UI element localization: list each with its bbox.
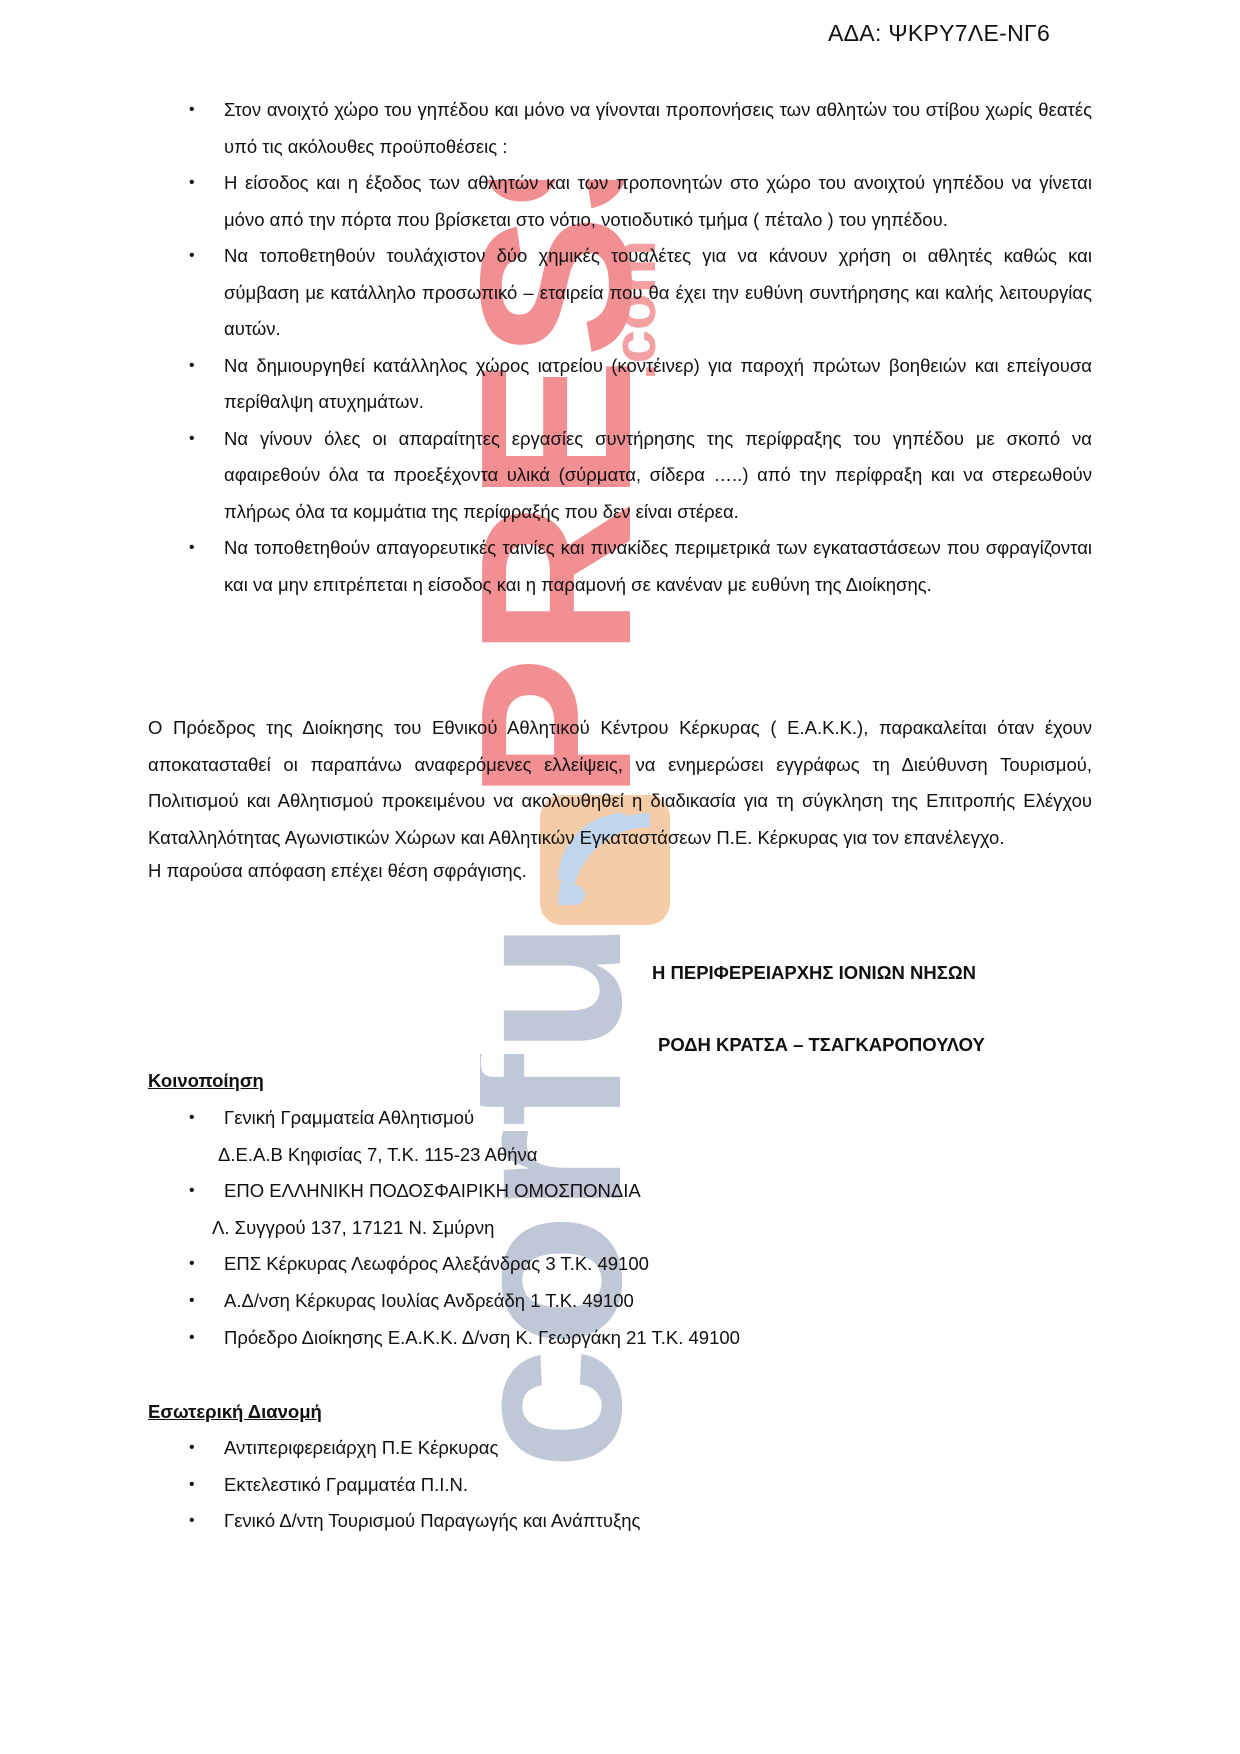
list-item-text: Πρόεδρο Διοίκησης Ε.Α.Κ.Κ. Δ/νση Κ. Γεωρ… xyxy=(224,1327,740,1348)
list-item: •Α.Δ/νση Κέρκυρας Ιουλίας Ανδρεάδη 1 Τ.Κ… xyxy=(224,1283,924,1320)
bullet-icon: • xyxy=(189,1283,195,1320)
list-item-text: Α.Δ/νση Κέρκυρας Ιουλίας Ανδρεάδη 1 Τ.Κ.… xyxy=(224,1290,634,1311)
condition-item: •Στον ανοιχτό χώρο του γηπέδου και μόνο … xyxy=(224,92,1092,165)
signature-name: ΡΟΔΗ ΚΡΑΤΣΑ – ΤΣΑΓΚΑΡΟΠΟΥΛΟΥ xyxy=(658,1034,985,1056)
bullet-icon: • xyxy=(189,530,195,567)
list-item-text: Γενική Γραμματεία Αθλητισμού xyxy=(224,1107,474,1128)
bullet-icon: • xyxy=(189,1467,195,1504)
list-item: •ΕΠΣ Κέρκυρας Λεωφόρος Αλεξάνδρας 3 Τ.Κ.… xyxy=(224,1246,924,1283)
condition-text: Να τοποθετηθούν απαγορευτικές ταινίες κα… xyxy=(224,537,1092,595)
condition-item: •Να γίνουν όλες οι απαραίτητες εργασίες … xyxy=(224,421,1092,531)
internal-distribution-list: •Αντιπεριφερειάρχη Π.Ε Κέρκυρας•Εκτελεστ… xyxy=(224,1430,924,1540)
condition-text: Να τοποθετηθούν τουλάχιστον δύο χημικές … xyxy=(224,245,1092,339)
bullet-icon: • xyxy=(189,1430,195,1467)
bullet-icon: • xyxy=(189,1246,195,1283)
internal-distribution-heading: Εσωτερική Διανομή xyxy=(148,1401,322,1423)
list-item: •Αντιπεριφερειάρχη Π.Ε Κέρκυρας xyxy=(224,1430,924,1467)
list-item-text: ΕΠΣ Κέρκυρας Λεωφόρος Αλεξάνδρας 3 Τ.Κ. … xyxy=(224,1253,649,1274)
condition-item: •Να τοποθετηθούν απαγορευτικές ταινίες κ… xyxy=(224,530,1092,603)
notification-list: •Γενική Γραμματεία ΑθλητισμούΔ.Ε.Α.Β Κηφ… xyxy=(224,1100,924,1356)
list-item: Δ.Ε.Α.Β Κηφισίας 7, Τ.Κ. 115-23 Αθήνα xyxy=(224,1137,924,1174)
bullet-icon: • xyxy=(189,1503,195,1540)
bullet-icon: • xyxy=(189,421,195,458)
list-item-text: Αντιπεριφερειάρχη Π.Ε Κέρκυρας xyxy=(224,1437,498,1458)
condition-item: •Να δημιουργηθεί κατάλληλος χώρος ιατρεί… xyxy=(224,348,1092,421)
condition-item: •Να τοποθετηθούν τουλάχιστον δύο χημικές… xyxy=(224,238,1092,348)
condition-text: Να δημιουργηθεί κατάλληλος χώρος ιατρείο… xyxy=(224,355,1092,413)
seal-statement: Η παρούσα απόφαση επέχει θέση σφράγισης. xyxy=(148,853,1092,890)
conditions-list: •Στον ανοιχτό χώρο του γηπέδου και μόνο … xyxy=(224,92,1092,603)
ada-code: ΑΔΑ: ΨΚΡΥ7ΛΕ-ΝΓ6 xyxy=(828,20,1050,47)
condition-item: •Η είσοδος και η έξοδος των αθλητών και … xyxy=(224,165,1092,238)
bullet-icon: • xyxy=(189,1320,195,1357)
condition-text: Να γίνουν όλες οι απαραίτητες εργασίες σ… xyxy=(224,428,1092,522)
list-item: •Πρόεδρο Διοίκησης Ε.Α.Κ.Κ. Δ/νση Κ. Γεω… xyxy=(224,1320,924,1357)
bullet-icon: • xyxy=(189,1100,195,1137)
main-paragraph-block: Ο Πρόεδρος της Διοίκησης του Εθνικού Αθλ… xyxy=(148,710,1092,890)
list-item: •Εκτελεστικό Γραμματέα Π.Ι.Ν. xyxy=(224,1467,924,1504)
list-item-text: Γενικό Δ/ντη Τουρισμού Παραγωγής και Ανά… xyxy=(224,1510,640,1531)
bullet-icon: • xyxy=(189,1173,195,1210)
signature-title: Η ΠΕΡΙΦΕΡΕΙΑΡΧΗΣ ΙΟΝΙΩΝ ΝΗΣΩΝ xyxy=(652,962,976,984)
notification-heading: Κοινοποίηση xyxy=(148,1070,264,1092)
list-item: •Γενικό Δ/ντη Τουρισμού Παραγωγής και Αν… xyxy=(224,1503,924,1540)
bullet-icon: • xyxy=(189,165,195,202)
list-item: •Γενική Γραμματεία Αθλητισμού xyxy=(224,1100,924,1137)
main-paragraph: Ο Πρόεδρος της Διοίκησης του Εθνικού Αθλ… xyxy=(148,710,1092,856)
list-item: Λ. Συγγρού 137, 17121 Ν. Σμύρνη xyxy=(224,1210,924,1247)
condition-text: Στον ανοιχτό χώρο του γηπέδου και μόνο ν… xyxy=(224,99,1092,157)
condition-text: Η είσοδος και η έξοδος των αθλητών και τ… xyxy=(224,172,1092,230)
list-item-text: Δ.Ε.Α.Β Κηφισίας 7, Τ.Κ. 115-23 Αθήνα xyxy=(218,1144,537,1165)
list-item-text: Εκτελεστικό Γραμματέα Π.Ι.Ν. xyxy=(224,1474,468,1495)
list-item-text: ΕΠΟ ΕΛΛΗΝΙΚΗ ΠΟΔΟΣΦΑΙΡΙΚΗ ΟΜΟΣΠΟΝΔΙΑ xyxy=(224,1180,641,1201)
bullet-icon: • xyxy=(189,348,195,385)
bullet-icon: • xyxy=(189,92,195,129)
list-item-text: Λ. Συγγρού 137, 17121 Ν. Σμύρνη xyxy=(212,1217,494,1238)
list-item: •ΕΠΟ ΕΛΛΗΝΙΚΗ ΠΟΔΟΣΦΑΙΡΙΚΗ ΟΜΟΣΠΟΝΔΙΑ xyxy=(224,1173,924,1210)
bullet-icon: • xyxy=(189,238,195,275)
